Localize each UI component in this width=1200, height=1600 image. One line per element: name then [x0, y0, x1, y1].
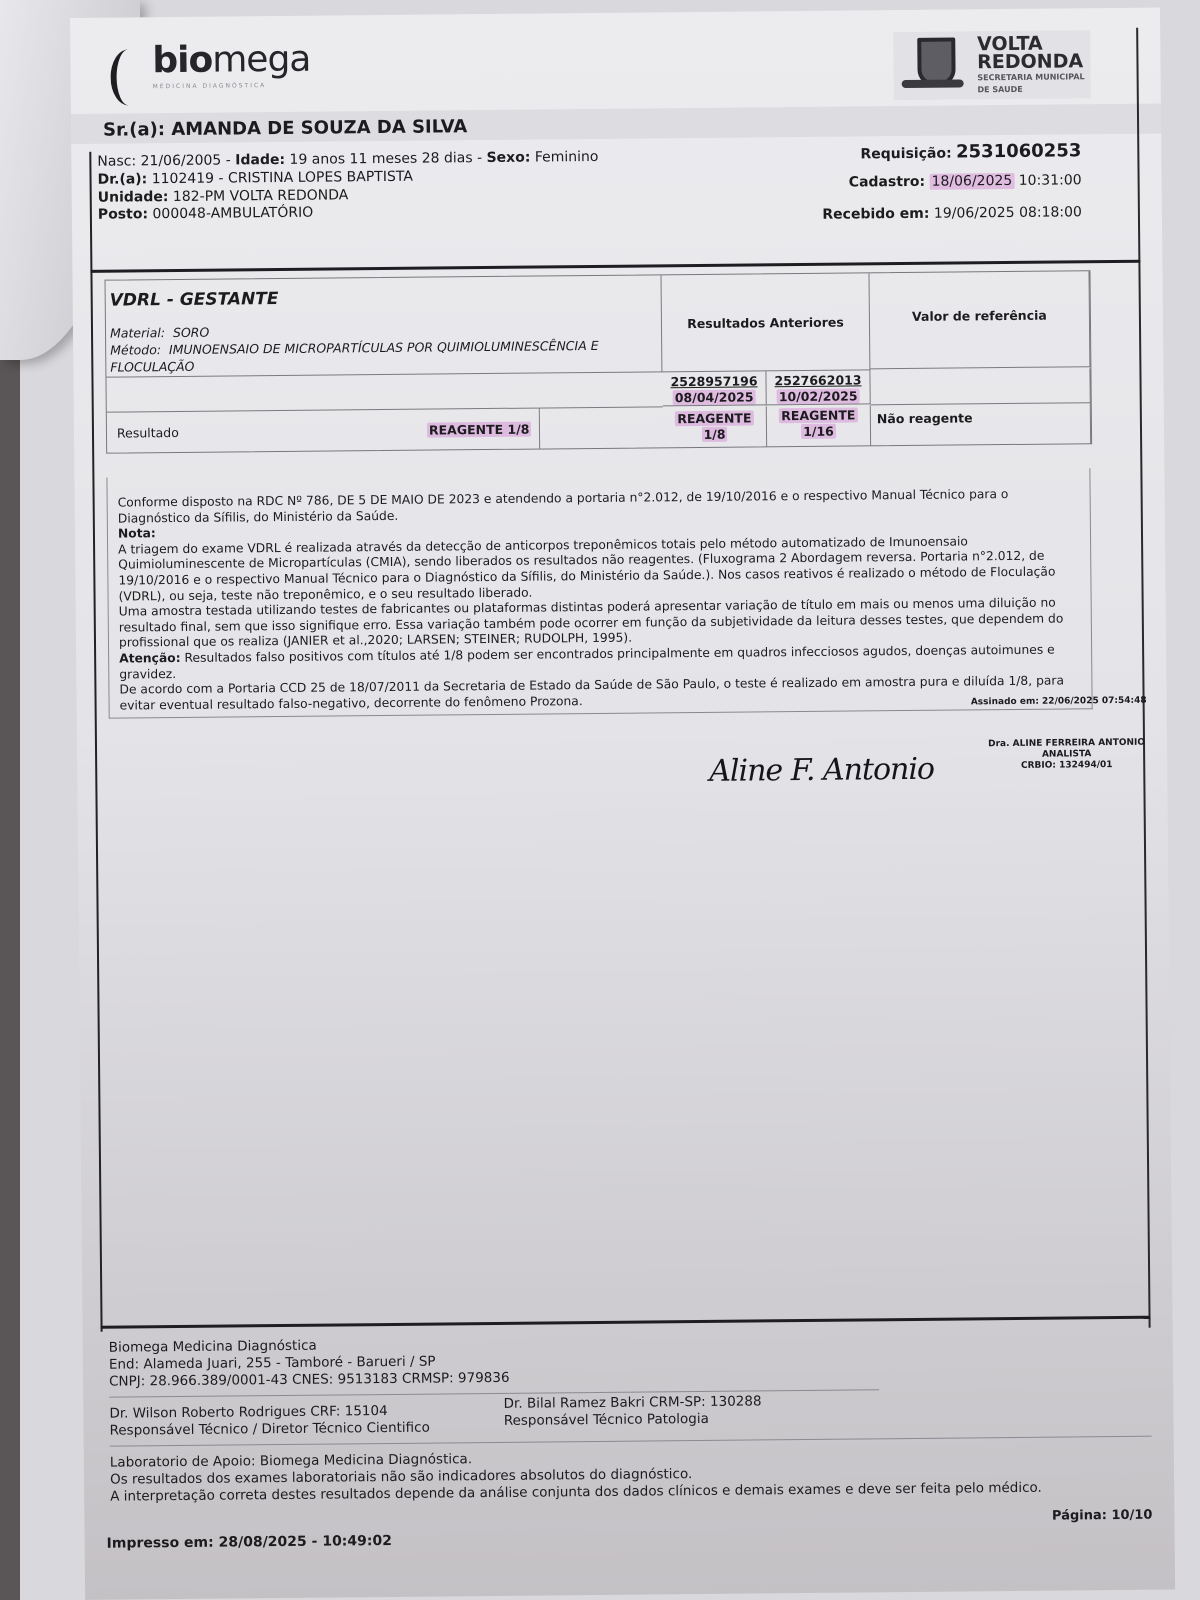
nota-label: Nota: [118, 526, 156, 540]
register-date: Cadastro: 18/06/2025 10:31:00 [849, 172, 1082, 190]
logo-mark-icon [110, 49, 147, 105]
exam-table: VDRL - GESTANTE Material: SORO Método: I… [105, 270, 1093, 453]
footer: Biomega Medicina Diagnóstica End: Alamed… [103, 1330, 1153, 1506]
patient-post: Posto: 000048-AMBULATÓRIO [98, 205, 313, 224]
responsible-1-role: Responsável Técnico / Diretor Técnico Ci… [109, 1419, 499, 1440]
exam-method: Método: IMUNOENSAIO DE MICROPARTÍCULAS P… [106, 336, 661, 375]
frame-left [89, 152, 102, 1332]
logo-rest: mega [212, 39, 311, 81]
responsible-2-role: Responsável Técnico Patologia [504, 1410, 762, 1429]
previous-result-1-header: 2528957196 08/04/2025 [662, 371, 766, 406]
previous-result-1-id: 2528957196 [662, 373, 765, 390]
responsible-2-name: Dr. Bilal Ramez Bakri CRM-SP: 130288 [504, 1393, 762, 1412]
previous-result-1-date: 08/04/2025 [673, 389, 756, 405]
partner-sub-1: SECRETARIA MUNICIPAL [977, 72, 1084, 83]
received-date: Recebido em: 19/06/2025 08:18:00 [822, 204, 1082, 222]
previous-result-2-id: 2527662013 [766, 372, 869, 389]
coat-of-arms-icon [899, 35, 966, 92]
biomega-logo: biomega MEDICINA DIAGNÓSTICA [110, 42, 311, 106]
handwritten-signature: Aline F. Antonio [709, 752, 934, 789]
signer-name: Dra. ALINE FERREIRA ANTONIO [988, 738, 1145, 751]
frame-right [1136, 28, 1150, 1328]
signed-at: Assinado em: 22/06/2025 07:54:48 [971, 696, 1147, 708]
footer-divider [101, 1316, 1151, 1329]
patient-doctor: Dr.(a): 1102419 - CRISTINA LOPES BAPTIST… [97, 169, 412, 189]
logo-bold: bio [152, 40, 212, 82]
page-number: Página: 10/10 [1052, 1508, 1153, 1524]
exam-info-cell: VDRL - GESTANTE Material: SORO Método: I… [106, 275, 663, 377]
exam-title: VDRL - GESTANTE [106, 275, 661, 316]
partner-title-2: REDONDA [977, 52, 1084, 71]
previous-result-2-date: 10/02/2025 [777, 388, 860, 404]
request-number: Requisição: 2531060253 [860, 140, 1081, 163]
result-row: Resultado REAGENTE 1/8 [107, 407, 663, 452]
partner-sub-2: DE SAUDE [977, 84, 1084, 95]
previous-result-2-value: REAGENTE 1/16 [767, 405, 871, 446]
result-value: REAGENTE 1/8 [427, 421, 532, 437]
nota-text: A triagem do exame VDRL é realizada atra… [118, 533, 1081, 605]
patient-name: Sr.(a): AMANDA DE SOUZA DA SILVA [103, 116, 467, 140]
previous-result-1-value: REAGENTE 1/8 [663, 406, 767, 447]
reference-header: Valor de referência [869, 271, 1090, 369]
previous-result-2-header: 2527662013 10/02/2025 [766, 370, 870, 405]
reference-value: Não reagente [871, 403, 1091, 445]
signer-registry: CRBIO: 132494/01 [988, 760, 1145, 773]
notes-section: Conforme disposto na RDC Nº 786, DE 5 DE… [106, 468, 1092, 719]
patient-birth-age-sex: Nasc: 21/06/2005 - Idade: 19 anos 11 mes… [97, 149, 598, 171]
previous-results-header: Resultados Anteriores [661, 273, 870, 372]
lab-report-page: biomega MEDICINA DIAGNÓSTICA VOLTA REDON… [70, 8, 1175, 1600]
result-label: Resultado [107, 422, 417, 440]
logo-tagline: MEDICINA DIAGNÓSTICA [153, 82, 311, 91]
volta-redonda-logo: VOLTA REDONDA SECRETARIA MUNICIPAL DE SA… [893, 30, 1091, 100]
signer-block: Dra. ALINE FERREIRA ANTONIO ANALISTA CRB… [988, 738, 1145, 773]
printed-at: Impresso em: 28/08/2025 - 10:49:02 [107, 1533, 392, 1552]
